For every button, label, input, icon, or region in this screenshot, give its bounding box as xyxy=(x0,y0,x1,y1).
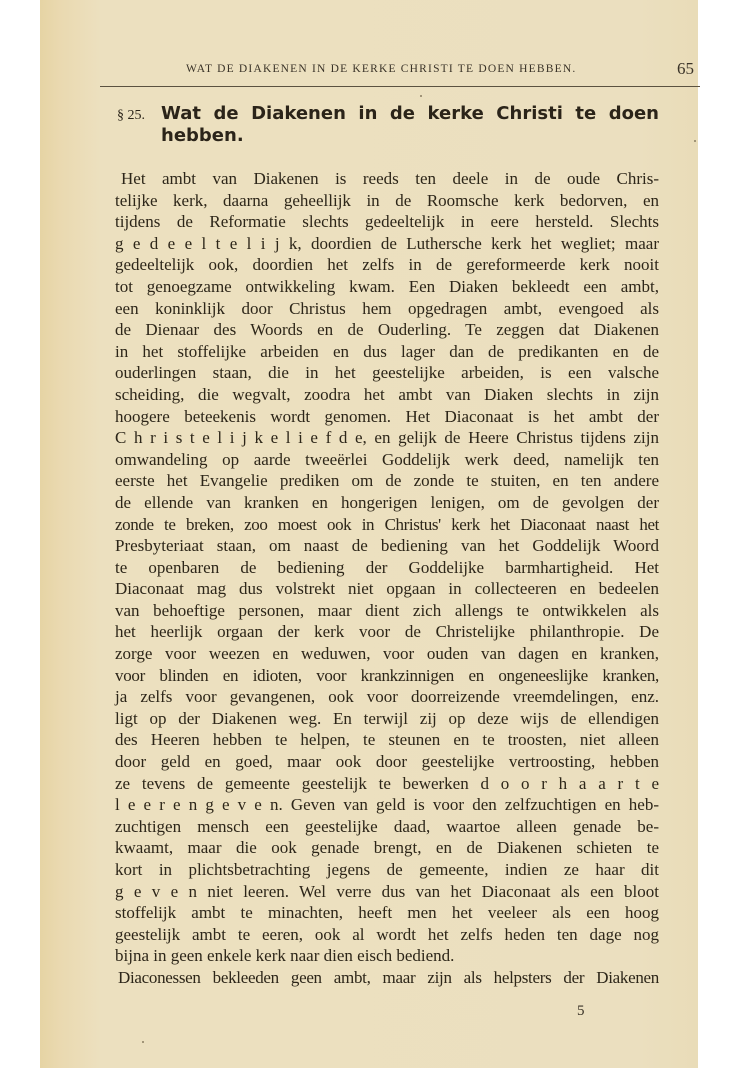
text-line: geestelijk ambt te eeren, ook al wordt h… xyxy=(115,924,659,946)
text-line: voor blinden en idioten, voor krankzinni… xyxy=(115,665,659,687)
text-line: bijna in geen enkele kerk naar dien eisc… xyxy=(115,945,659,967)
text-line: des Heeren hebben te helpen, te steunen … xyxy=(115,729,659,751)
text-line: de ellende van kranken en hongerigen len… xyxy=(115,492,659,514)
text-line: stoffelijk ambt te minachten, heeft men … xyxy=(115,902,659,924)
text-line: tijdens de Reformatie slechts gedeelteli… xyxy=(115,211,659,233)
section-title-line-1: Wat de Diakenen in de kerke Christi te d… xyxy=(161,103,659,125)
print-speck xyxy=(142,1041,144,1043)
text-line: tot genoegzame ontwikkeling kwam. Een Di… xyxy=(115,276,659,298)
print-speck xyxy=(694,140,696,142)
print-speck xyxy=(420,95,422,97)
text-line: zonde te breken, zoo moest ook in Christ… xyxy=(115,514,659,536)
text-line: Het ambt van Diakenen is reeds ten deele… xyxy=(115,168,659,190)
text-line: g e d e e l t e l i j k, doordien de Lut… xyxy=(115,233,659,255)
signature-mark: 5 xyxy=(577,1003,585,1020)
text-line: Diaconessen bekleeden geen ambt, maar zi… xyxy=(115,967,659,989)
text-line: Presbyteriaat staan, om naast de bedieni… xyxy=(115,535,659,557)
text-line: Diaconaat mag dus volstrekt niet opgaan … xyxy=(115,578,659,600)
text-line: eerste het Evangelie prediken om de zond… xyxy=(115,470,659,492)
text-line: van behoeftige personen, maar dient zich… xyxy=(115,600,659,622)
body-text: Het ambt van Diakenen is reeds ten deele… xyxy=(115,168,659,989)
page-number: 65 xyxy=(677,59,694,79)
running-head: WAT DE DIAKENEN IN DE KERKE CHRISTI TE D… xyxy=(186,63,576,75)
text-line: ligt op der Diakenen weg. En terwijl zij… xyxy=(115,708,659,730)
text-line: het heerlijk orgaan der kerk voor de Chr… xyxy=(115,621,659,643)
text-line: scheiding, die wegvalt, zoodra het ambt … xyxy=(115,384,659,406)
page-header: WAT DE DIAKENEN IN DE KERKE CHRISTI TE D… xyxy=(102,59,698,83)
text-line: kwaamt, maar die ook genade brengt, en d… xyxy=(115,837,659,859)
text-line: telijke kerk, daarna geheellijk in de Ro… xyxy=(115,190,659,212)
text-line: zuchtigen mensch een geestelijke daad, w… xyxy=(115,816,659,838)
text-line: omwandeling op aarde tweeërlei Goddelijk… xyxy=(115,449,659,471)
text-line: kort in plichtsbetrachting jegens de gem… xyxy=(115,859,659,881)
text-line: g e v e n niet leeren. Wel verre dus van… xyxy=(115,881,659,903)
text-line: door geld en goed, maar ook door geestel… xyxy=(115,751,659,773)
text-line: ze tevens de gemeente geestelijk te bewe… xyxy=(115,773,659,795)
text-line: gedeeltelijk ook, doordien het zelfs in … xyxy=(115,254,659,276)
text-line: ouderlingen staan, die in het geestelijk… xyxy=(115,362,659,384)
text-line: zorge voor weezen en weduwen, voor ouden… xyxy=(115,643,659,665)
section-title-line-2: hebben. xyxy=(161,125,244,147)
text-line: in het stoffelijke arbeiden en dus lager… xyxy=(115,341,659,363)
text-line: de Dienaar des Woords en de Ouderling. T… xyxy=(115,319,659,341)
section-number: § 25. xyxy=(117,105,145,127)
header-rule xyxy=(100,86,700,87)
text-line: hoogere beteekenis wordt genomen. Het Di… xyxy=(115,406,659,428)
text-line: l e e r e n g e v e n. Geven van geld is… xyxy=(115,794,659,816)
text-line: ja zelfs voor gevangenen, ook voor doorr… xyxy=(115,686,659,708)
text-line: C h r i s t e l i j k e l i e f d e, en … xyxy=(115,427,659,449)
text-line: te openbaren de bediening der Goddelijke… xyxy=(115,557,659,579)
text-line: een koninklijk door Christus hem opgedra… xyxy=(115,298,659,320)
